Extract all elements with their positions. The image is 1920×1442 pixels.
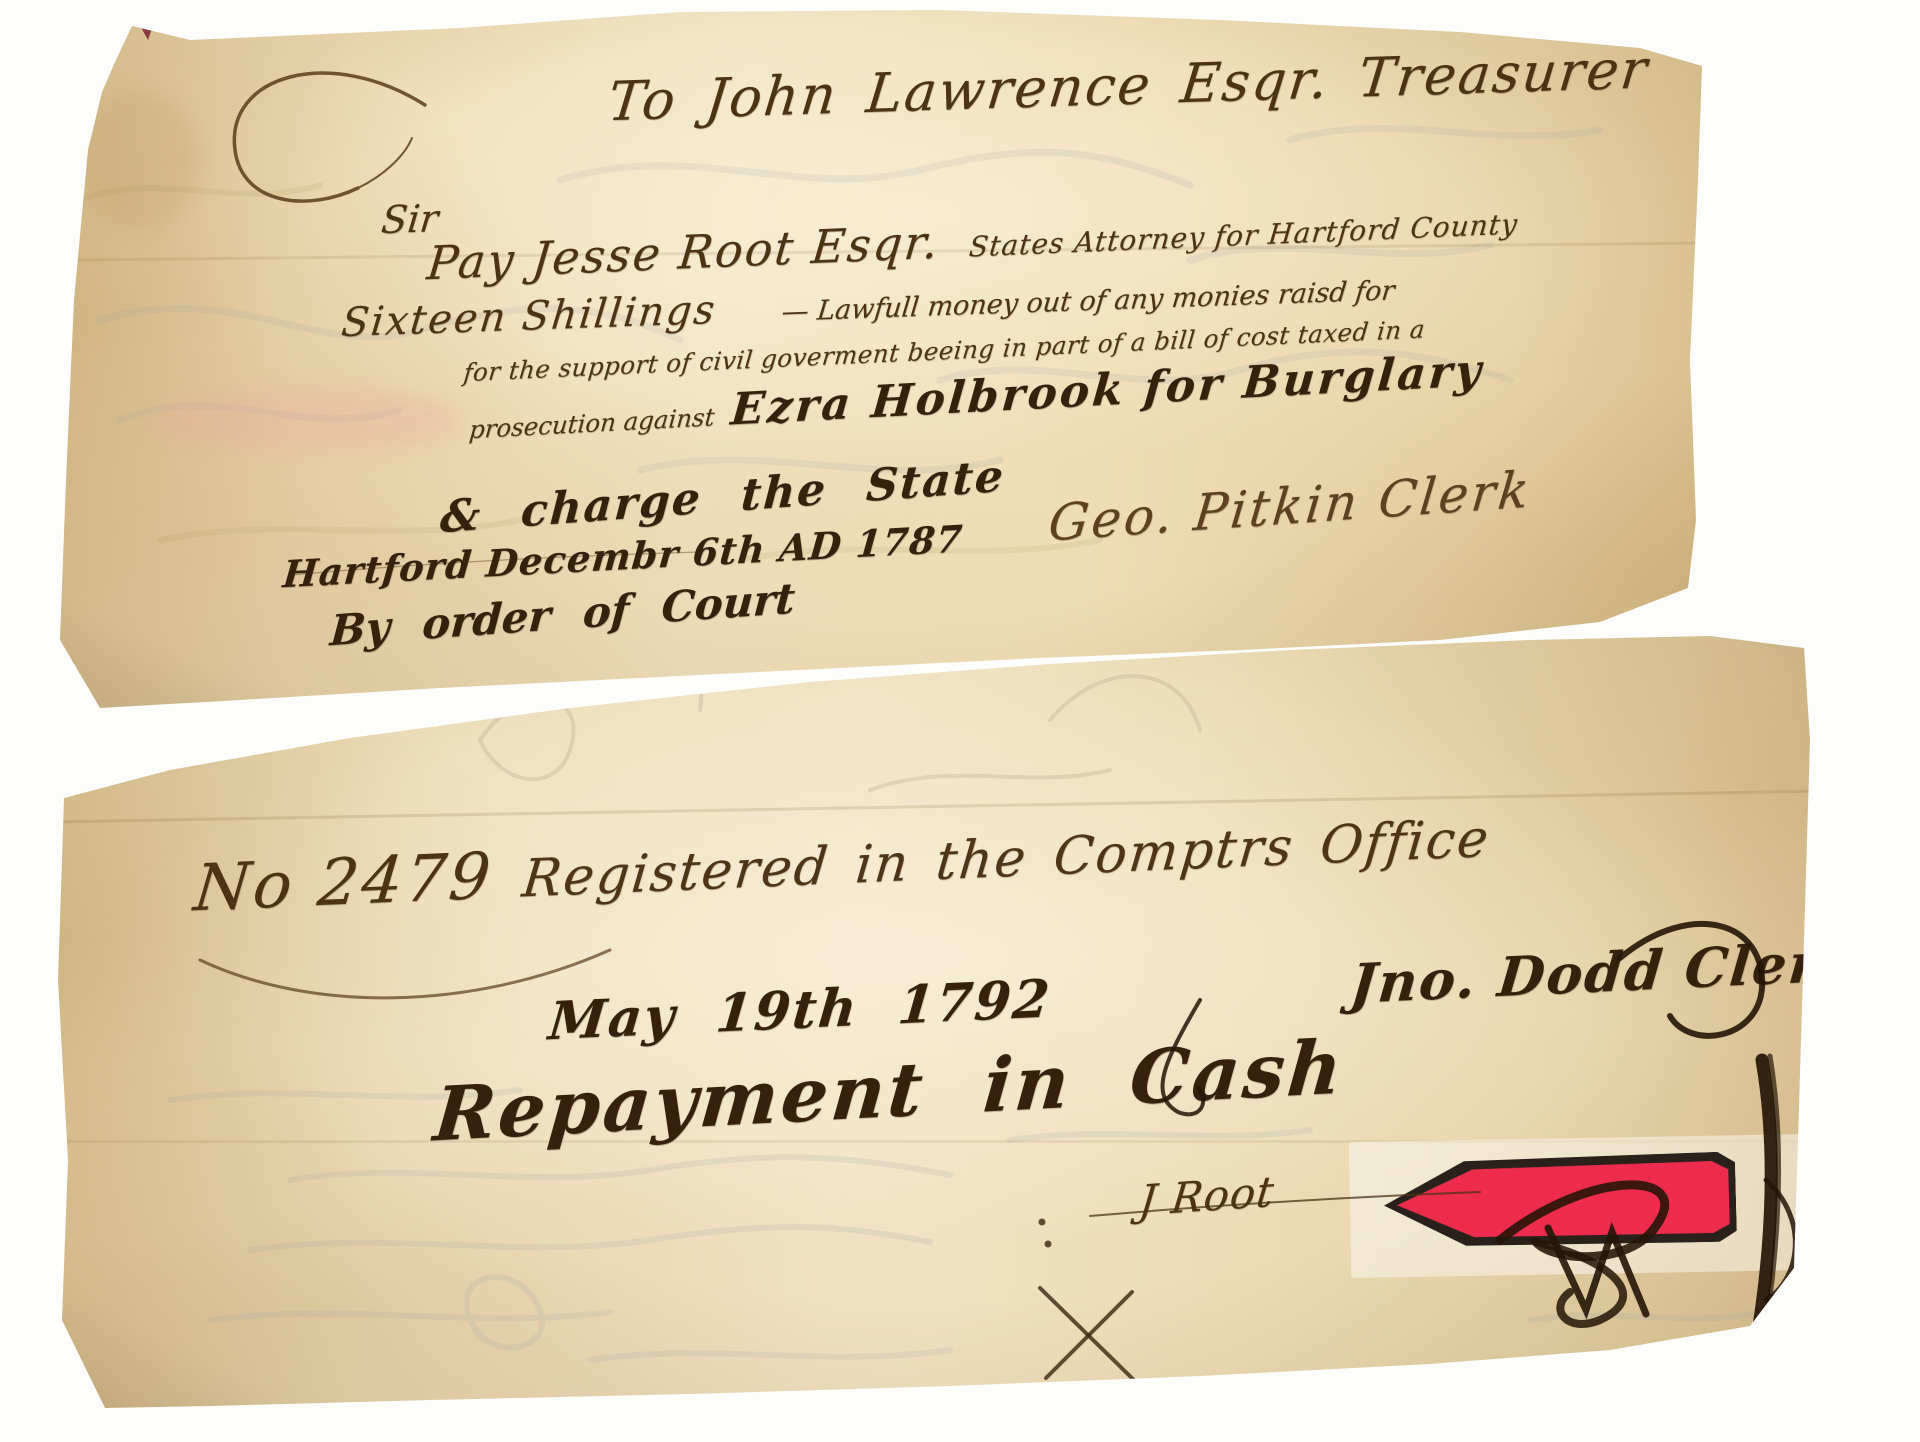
prosecution-lead: prosecution against [468, 402, 716, 444]
document-number: No 2479 [191, 839, 497, 926]
tan-stain [80, 90, 200, 230]
pink-stain [150, 388, 460, 452]
registration-document-1792: No 2479Registered in the Comptrs Office … [50, 620, 1820, 1420]
red-notch [128, 0, 162, 40]
pay-order-document-1787: To John Lawrence Esqr. Treasurer Sir Pay… [40, 0, 1740, 712]
scan-background: To John Lawrence Esqr. Treasurer Sir Pay… [0, 0, 1920, 1442]
payee-signature: J Root [1137, 1167, 1277, 1226]
red-arrow-fill [1396, 1161, 1730, 1242]
